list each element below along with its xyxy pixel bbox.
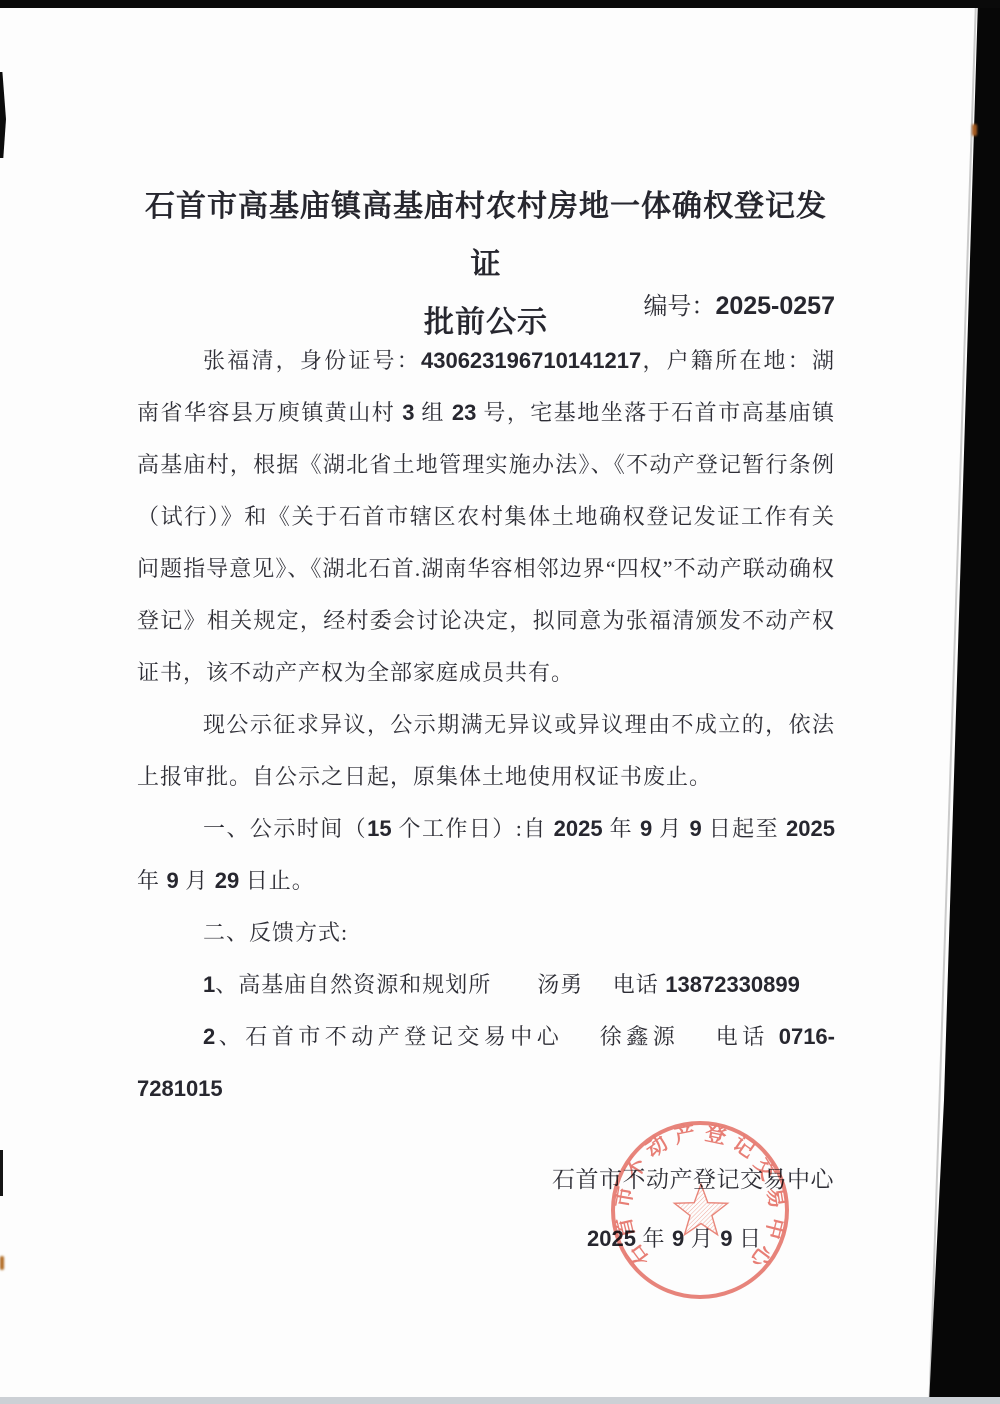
- cjk-text: 日起至: [702, 816, 786, 841]
- cjk-text: 年: [603, 816, 640, 841]
- cjk-text: 张福清，身份证号：: [203, 348, 421, 373]
- document-title: 石首市高基庙镇高基庙村农村房地一体确权登记发证 批前公示: [137, 178, 835, 352]
- numeric-text: 15: [367, 816, 391, 841]
- cjk-text: 月: [652, 816, 689, 841]
- scan-edge-left-upper: [0, 72, 6, 158]
- document-number-value: 2025-0257: [715, 292, 835, 320]
- cjk-text: 、石首市不动产登记交易中心 徐鑫源 电话: [215, 1024, 778, 1049]
- numeric-text: 3: [402, 400, 414, 425]
- numeric-text: 9: [640, 816, 652, 841]
- body-paragraph: 现公示征求异议，公示期满无异议或异议理由不成立的，依法上报审批。自公示之日起，原…: [137, 699, 835, 803]
- scan-edge-left-lower: [0, 1150, 3, 1196]
- document-number-label: 编号：: [643, 294, 715, 320]
- numeric-text: 13872330899: [665, 972, 800, 997]
- body-paragraph: 张福清，身份证号：430623196710141217，户籍所在地：湖南省华容县…: [137, 335, 835, 699]
- scanned-document-page: 石首市高基庙镇高基庙村农村房地一体确权登记发证 批前公示 编号：2025-025…: [0, 0, 1000, 1404]
- numeric-text: 2025: [786, 816, 835, 841]
- scan-edge-top: [0, 0, 1000, 8]
- cjk-text: 个工作日）:自: [392, 816, 554, 841]
- cjk-text: 日止。: [239, 868, 315, 893]
- body-paragraph: 二、反馈方式:: [137, 907, 835, 959]
- body-paragraph: 1、高基庙自然资源和规划所 汤勇 电话 13872330899: [137, 959, 835, 1011]
- scan-edge-bottom: [0, 1397, 1000, 1404]
- cjk-text: 年: [137, 868, 167, 893]
- seal-star-icon: [674, 1184, 727, 1235]
- cjk-text: 二、反馈方式:: [203, 920, 348, 945]
- numeric-text: 2025: [554, 816, 603, 841]
- body-paragraph: 一、公示时间（15 个工作日）:自 2025 年 9 月 9 日起至 2025 …: [137, 803, 835, 907]
- cjk-text: 号，宅基地坐落于石首市高基庙镇高基庙村，根据《湖北省土地管理实施办法》、《不动产…: [137, 400, 835, 685]
- numeric-text: 23: [452, 400, 476, 425]
- document-number: 编号：2025-0257: [137, 289, 835, 324]
- cjk-text: 组: [414, 400, 451, 425]
- numeric-text: 9: [690, 816, 702, 841]
- cjk-text: 现公示征求异议，公示期满无异议或异议理由不成立的，依法上报审批。自公示之日起，原…: [137, 712, 835, 789]
- document-body: 张福清，身份证号：430623196710141217，户籍所在地：湖南省华容县…: [137, 335, 835, 1115]
- cjk-text: 一、公示时间（: [203, 816, 367, 841]
- numeric-text: 1: [203, 972, 215, 997]
- cjk-text: 月: [179, 868, 215, 893]
- official-seal-stamp: 石首市不动产登记交易中心: [593, 1103, 807, 1317]
- body-paragraph: 2、石首市不动产登记交易中心 徐鑫源 电话 0716-7281015: [137, 1011, 835, 1115]
- numeric-text: 430623196710141217: [421, 348, 641, 373]
- scan-glint-right: [972, 124, 977, 136]
- document-title-line-1: 石首市高基庙镇高基庙村农村房地一体确权登记发证: [137, 178, 835, 294]
- numeric-text: 9: [167, 868, 179, 893]
- scan-glint-left: [0, 1256, 4, 1270]
- cjk-text: 、高基庙自然资源和规划所 汤勇 电话: [215, 972, 665, 997]
- numeric-text: 2: [203, 1024, 215, 1049]
- numeric-text: 29: [215, 868, 239, 893]
